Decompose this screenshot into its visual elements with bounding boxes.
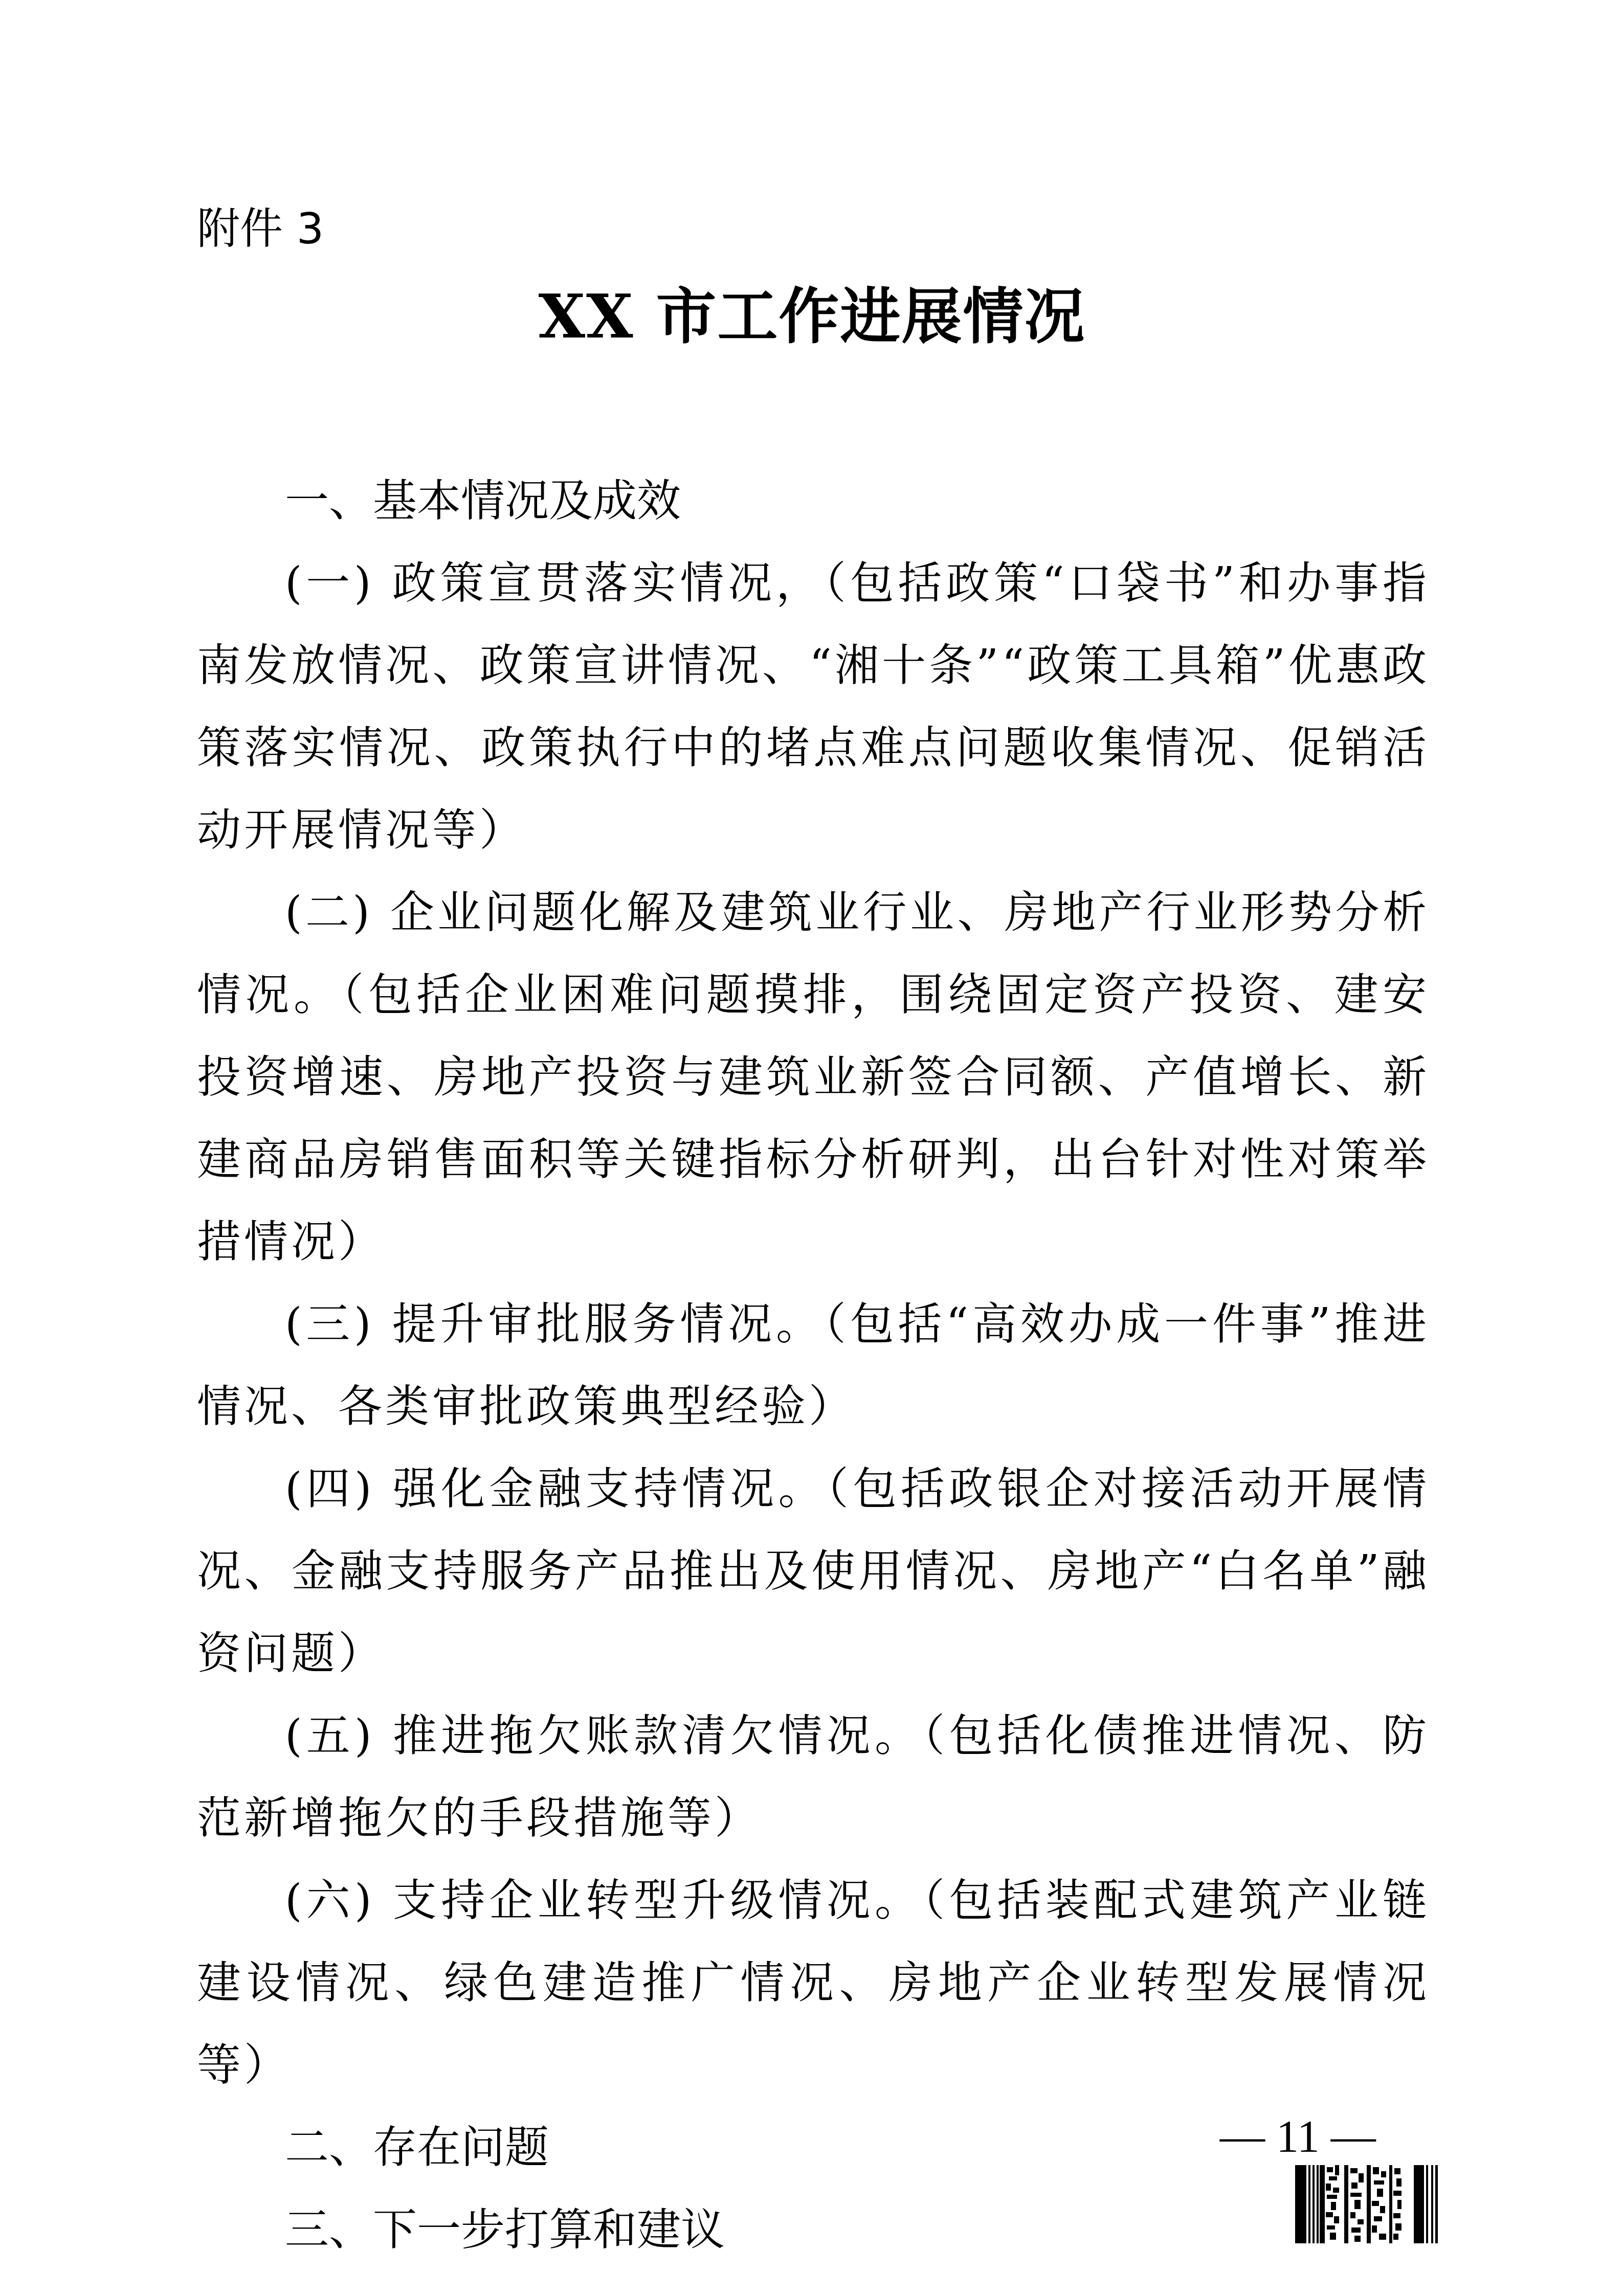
item-policy-implementation: (一) 政策宣贯落实情况，（包括政策“口袋书”和办事指南发放情况、政策宣讲情况、… — [197, 543, 1430, 872]
item-approval-service: (三) 提升审批服务情况。（包括“高效办成一件事”推进情况、各类审批政策典型经验… — [197, 1284, 1430, 1448]
attachment-label: 附件 3 — [197, 207, 324, 250]
item-financial-support: (四) 强化金融支持情况。（包括政银企对接活动开展情况、金融支持服务产品推出及使… — [197, 1448, 1430, 1695]
section-heading-next-steps: 三、下一步打算和建议 — [197, 2189, 1430, 2271]
item-enterprise-problems: (二) 企业问题化解及建筑业行业、房地产行业形势分析情况。（包括企业困难问题摸排… — [197, 872, 1430, 1284]
document-body: 一、基本情况及成效 (一) 政策宣贯落实情况，（包括政策“口袋书”和办事指南发放… — [197, 460, 1430, 2271]
document-title: XX 市工作进展情况 — [0, 286, 1624, 347]
item-transformation-upgrade: (六) 支持企业转型升级情况。（包括装配式建筑产业链建设情况、绿色建造推广情况、… — [197, 1860, 1430, 2107]
barcode-icon — [1295, 2165, 1438, 2243]
item-arrears-clearance: (五) 推进拖欠账款清欠情况。（包括化债推进情况、防范新增拖欠的手段措施等） — [197, 1695, 1430, 1860]
section-heading-basic-situation: 一、基本情况及成效 — [197, 460, 1430, 543]
page-number: — 11 — — [1220, 2114, 1376, 2159]
document-page: 附件 3 XX 市工作进展情况 一、基本情况及成效 (一) 政策宣贯落实情况，（… — [0, 0, 1624, 2296]
